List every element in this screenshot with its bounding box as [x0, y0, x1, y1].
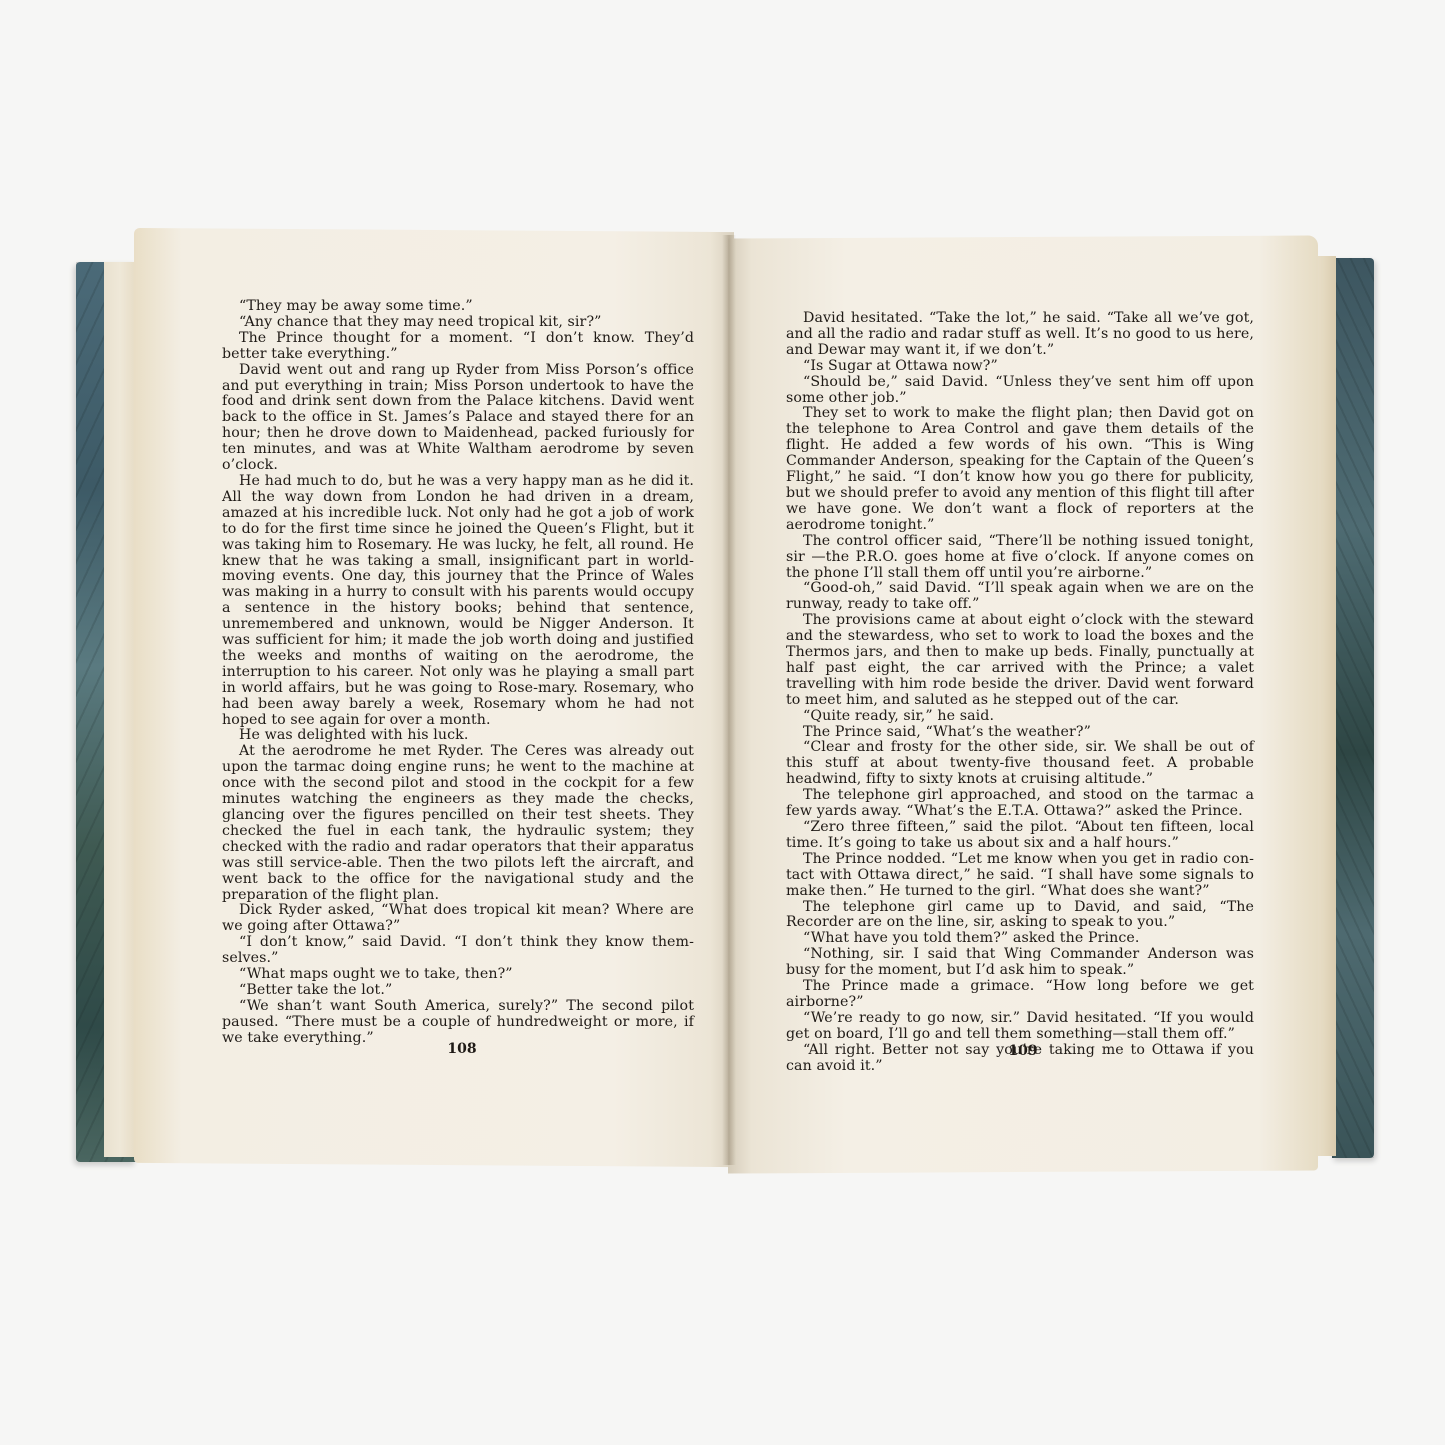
paragraph: “What maps ought we to take, then?” [222, 967, 694, 983]
right-page-text: David hesitated. “Take the lot,” he said… [786, 311, 1254, 1075]
book-cover-right-edge [1332, 258, 1374, 1158]
paragraph: The telephone girl came up to David, and… [786, 900, 1254, 932]
paragraph: “What have you told them?” asked the Pri… [786, 931, 1254, 947]
paragraph: “I don’t know,” said David. “I don’t thi… [222, 935, 694, 967]
paragraph: David went out and rang up Ryder from Mi… [222, 363, 694, 474]
left-page-text: “They may be away some time.” “Any chanc… [222, 299, 694, 1047]
book-gutter [722, 235, 736, 1165]
paragraph: “Zero three fifteen,” said the pilot. “A… [786, 820, 1254, 852]
paragraph: The control officer said, “There’ll be n… [786, 534, 1254, 582]
paragraph: The Prince thought for a moment. “I don’… [222, 331, 694, 363]
paragraph: “Better take the lot.” [222, 983, 694, 999]
paragraph: “We’re ready to go now, sir.” David hesi… [786, 1011, 1254, 1043]
paragraph: “We shan’t want South America, surely?” … [222, 999, 694, 1047]
paragraph: “They may be away some time.” [222, 299, 694, 315]
paragraph: Dick Ryder asked, “What does tropical ki… [222, 903, 694, 935]
page-number-right: 109 [993, 1043, 1053, 1059]
paragraph: The telephone girl approached, and stood… [786, 788, 1254, 820]
paragraph: “Clear and frosty for the other side, si… [786, 740, 1254, 788]
paragraph: The Prince nodded. “Let me know when you… [786, 852, 1254, 900]
paragraph: The Prince said, “What’s the weather?” [786, 725, 1254, 741]
paragraph: At the aerodrome he met Ryder. The Ceres… [222, 744, 694, 903]
paragraph: He was delighted with his luck. [222, 728, 694, 744]
paragraph: They set to work to make the flight plan… [786, 406, 1254, 533]
paragraph: David hesitated. “Take the lot,” he said… [786, 311, 1254, 359]
page-number-left: 108 [432, 1041, 492, 1057]
paragraph: “Any chance that they may need tropical … [222, 315, 694, 331]
paragraph: He had much to do, but he was a very hap… [222, 474, 694, 729]
paragraph: “Good-oh,” said David. “I’ll speak again… [786, 581, 1254, 613]
paragraph: “Nothing, sir. I said that Wing Commande… [786, 947, 1254, 979]
paragraph: The provisions came at about eight o’clo… [786, 613, 1254, 708]
open-book: “They may be away some time.” “Any chanc… [0, 0, 1445, 1445]
paragraph: “Quite ready, sir,” he said. [786, 709, 1254, 725]
paragraph: “Should be,” said David. “Unless they’ve… [786, 375, 1254, 407]
paragraph: The Prince made a grimace. “How long bef… [786, 979, 1254, 1011]
paragraph: “Is Sugar at Ottawa now?” [786, 359, 1254, 375]
